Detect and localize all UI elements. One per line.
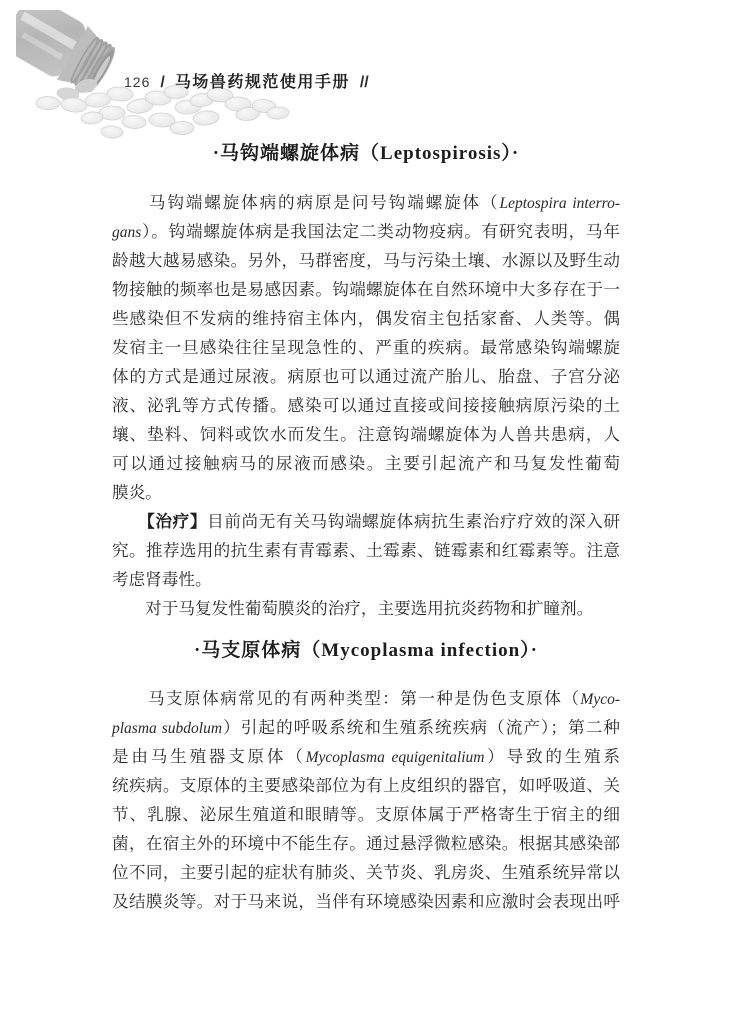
- text-line: 节、乳腺、泌尿生殖道和眼睛等。支原体属于严格寄生于宿主的细: [112, 800, 620, 829]
- paragraph-uveitis-treatment: 对于马复发性葡萄膜炎的治疗，主要选用抗炎药物和扩瞳剂。: [112, 594, 620, 623]
- text-line: 龄越大越易感染。另外，马群密度，马与污染土壤、水源以及野生动: [112, 246, 620, 275]
- text-line: 马支原体病常见的有两种类型：第一种是伪色支原体（Myco-: [112, 684, 620, 713]
- text-line: 可以通过接触病马的尿液而感染。主要引起流产和马复发性葡萄: [112, 449, 620, 478]
- section-heading-leptospirosis: ·马钩端螺旋体病（Leptospirosis）·: [112, 141, 620, 167]
- bottle-icon: [16, 10, 122, 99]
- text-line: 考虑肾毒性。: [112, 565, 620, 594]
- text-line: 究。推荐选用的抗生素有青霉素、土霉素、链霉素和红霉素等。注意: [112, 536, 620, 565]
- text-line: 物接触的频率也是易感因素。钩端螺旋体在自然环境中大多存在于一: [112, 275, 620, 304]
- text-line: 壤、垫料、饲料或饮水而发生。注意钩端螺旋体为人兽共患病，人: [112, 420, 620, 449]
- page-content: ·马钩端螺旋体病（Leptospirosis）· 马钩端螺旋体病的病原是问号钩端…: [112, 141, 620, 916]
- running-header: 126 / 马场兽药规范使用手册 //: [124, 69, 369, 92]
- book-title: 马场兽药规范使用手册: [175, 69, 350, 92]
- text-line: 位不同，主要引起的症状有肺炎、关节炎、乳房炎、生殖系统异常以: [112, 858, 620, 887]
- text-line: 是由马生殖器支原体（Mycoplasma equigenitalium）导致的生…: [112, 742, 620, 771]
- text-line: 菌，在宿主外的环境中不能生存。通过悬浮微粒感染。根据其感染部: [112, 829, 620, 858]
- text-line: 马钩端螺旋体病的病原是问号钩端螺旋体（Leptospira interro-: [112, 188, 620, 217]
- text-line: 膜炎。: [112, 478, 620, 507]
- page-number: 126: [124, 74, 150, 90]
- section-heading-mycoplasma: ·马支原体病（Mycoplasma infection）·: [112, 638, 620, 664]
- paragraph-leptospirosis-overview: 马钩端螺旋体病的病原是问号钩端螺旋体（Leptospira interro-ga…: [112, 188, 620, 507]
- text-line: 统疾病。支原体的主要感染部位为有上皮组织的器官，如呼吸道、关: [112, 771, 620, 800]
- header-double-slash: //: [360, 74, 369, 92]
- text-line: 【治疗】目前尚无有关马钩端螺旋体病抗生素治疗疗效的深入研: [112, 507, 620, 536]
- text-line: 液、泌乳等方式传播。感染可以通过直接或间接接触病原污染的土: [112, 391, 620, 420]
- text-line: 对于马复发性葡萄膜炎的治疗，主要选用抗炎药物和扩瞳剂。: [112, 594, 620, 623]
- book-page: 126 / 马场兽药规范使用手册 // ·马钩端螺旋体病（Leptospiros…: [0, 0, 730, 1025]
- header-slash: /: [160, 74, 164, 92]
- text-line: 些感染但不发病的维持宿主体内，偶发宿主包括家畜、人类等。偶: [112, 304, 620, 333]
- text-line: 发宿主一旦感染往往呈现急性的、严重的疾病。最常感染钩端螺旋: [112, 333, 620, 362]
- paragraph-leptospirosis-treatment: 【治疗】目前尚无有关马钩端螺旋体病抗生素治疗疗效的深入研究。推荐选用的抗生素有青…: [112, 507, 620, 594]
- text-line: gans）。钩端螺旋体病是我国法定二类动物疫病。有研究表明，马年: [112, 217, 620, 246]
- text-line: 体的方式是通过尿液。病原也可以通过流产胎儿、胎盘、子宫分泌: [112, 362, 620, 391]
- text-line: plasma subdolum）引起的呼吸系统和生殖系统疾病（流产）；第二种: [112, 713, 620, 742]
- paragraph-mycoplasma-overview: 马支原体病常见的有两种类型：第一种是伪色支原体（Myco-plasma subd…: [112, 684, 620, 916]
- text-line: 及结膜炎等。对于马来说，当伴有环境感染因素和应激时会表现出呼: [112, 887, 620, 916]
